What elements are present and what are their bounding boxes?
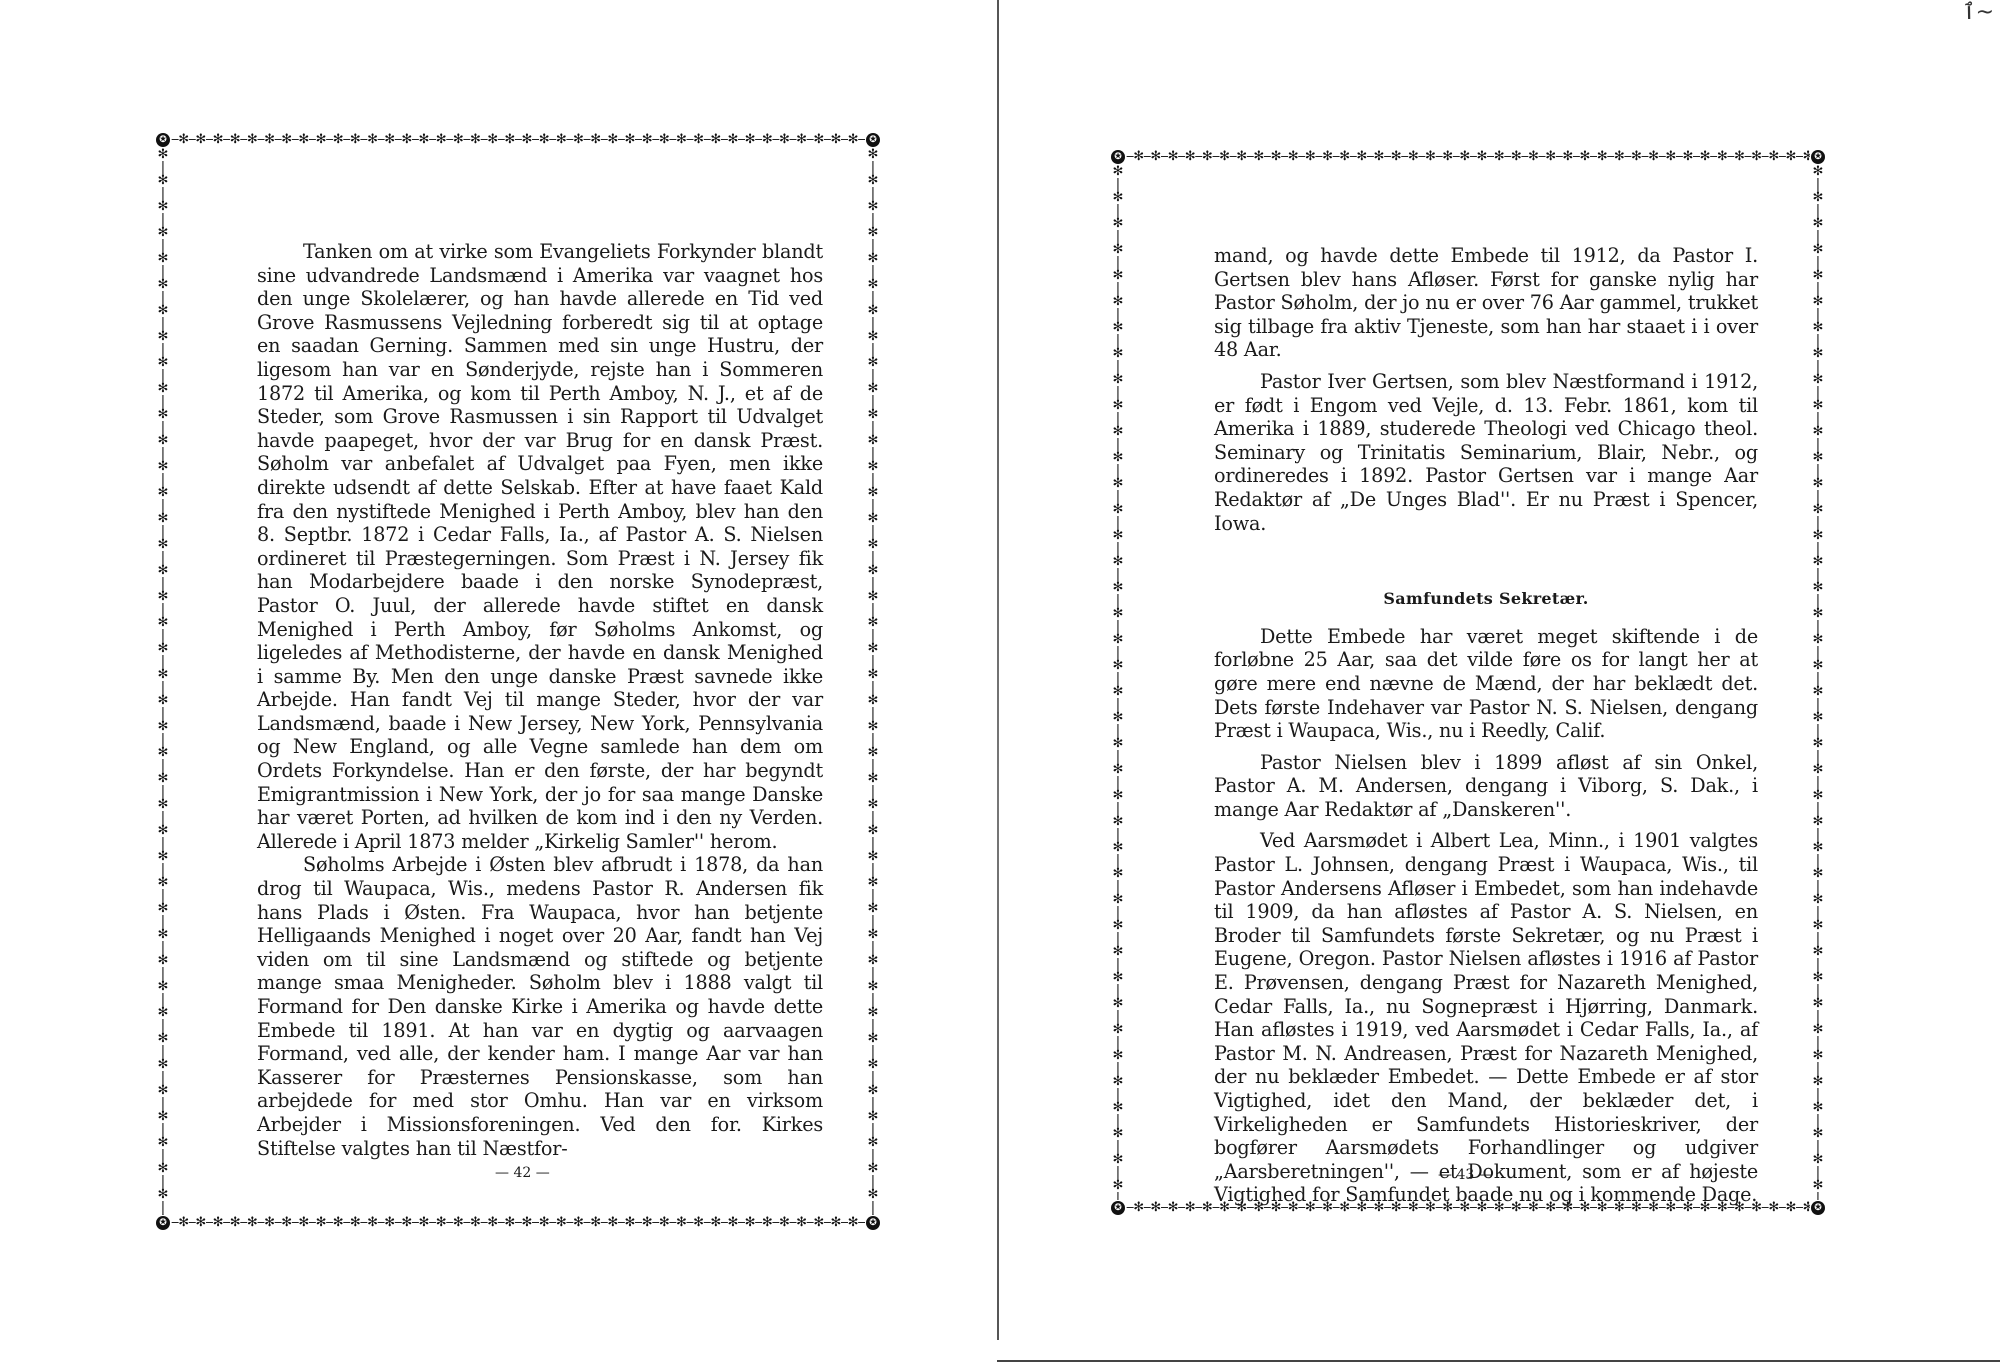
border-bottom-ornament: ‒✻‒✻‒✻‒✻‒✻‒✻‒✻‒✻‒✻‒✻‒✻‒✻‒✻‒✻‒✻‒✻‒✻‒✻‒✻‒✻… bbox=[171, 1216, 865, 1230]
paragraph: Søholms Arbejde i Østen blev afbrudt i 1… bbox=[257, 853, 823, 1160]
page-number: — 43 — bbox=[1438, 1167, 1493, 1183]
corner-rosette-icon: ✪ bbox=[866, 133, 880, 147]
paragraph: Pastor Iver Gertsen, som blev Næstforman… bbox=[1214, 370, 1758, 535]
paragraph: Dette Embede har været meget skiftende i… bbox=[1214, 625, 1758, 743]
corner-scan-mark: ٱ~ bbox=[1963, 0, 1994, 25]
paragraph: Pastor Nielsen blev i 1899 afløst af sin… bbox=[1214, 751, 1758, 822]
border-right-ornament: ✻|✻|✻|✻|✻|✻|✻|✻|✻|✻|✻|✻|✻|✻|✻|✻|✻|✻|✻|✻|… bbox=[1811, 165, 1825, 1200]
corner-rosette-icon: ✪ bbox=[1111, 1201, 1125, 1215]
border-left-ornament: ✻|✻|✻|✻|✻|✻|✻|✻|✻|✻|✻|✻|✻|✻|✻|✻|✻|✻|✻|✻|… bbox=[156, 148, 170, 1215]
section-heading: Samfundets Sekretær. bbox=[1214, 587, 1758, 611]
border-right-ornament: ✻|✻|✻|✻|✻|✻|✻|✻|✻|✻|✻|✻|✻|✻|✻|✻|✻|✻|✻|✻|… bbox=[866, 148, 880, 1215]
page-bottom-edge bbox=[997, 1360, 2000, 1362]
left-page-body: Tanken om at virke som Evangeliets Forky… bbox=[257, 240, 823, 1160]
corner-rosette-icon: ✪ bbox=[866, 1216, 880, 1230]
corner-rosette-icon: ✪ bbox=[156, 1216, 170, 1230]
corner-rosette-icon: ✪ bbox=[1811, 1201, 1825, 1215]
corner-rosette-icon: ✪ bbox=[156, 133, 170, 147]
paragraph: Ved Aarsmødet i Albert Lea, Minn., i 190… bbox=[1214, 829, 1758, 1207]
corner-rosette-icon: ✪ bbox=[1811, 150, 1825, 164]
paragraph: Tanken om at virke som Evangeliets Forky… bbox=[257, 240, 823, 853]
book-fold-line bbox=[997, 0, 999, 1340]
corner-rosette-icon: ✪ bbox=[1111, 150, 1125, 164]
border-left-ornament: ✻|✻|✻|✻|✻|✻|✻|✻|✻|✻|✻|✻|✻|✻|✻|✻|✻|✻|✻|✻|… bbox=[1111, 165, 1125, 1200]
border-top-ornament: ‒✻‒✻‒✻‒✻‒✻‒✻‒✻‒✻‒✻‒✻‒✻‒✻‒✻‒✻‒✻‒✻‒✻‒✻‒✻‒✻… bbox=[171, 133, 865, 147]
right-page-body: mand, og havde dette Embede til 1912, da… bbox=[1214, 244, 1758, 1207]
border-top-ornament: ‒✻‒✻‒✻‒✻‒✻‒✻‒✻‒✻‒✻‒✻‒✻‒✻‒✻‒✻‒✻‒✻‒✻‒✻‒✻‒✻… bbox=[1126, 150, 1810, 164]
paragraph: mand, og havde dette Embede til 1912, da… bbox=[1214, 244, 1758, 362]
page-number: — 42 — bbox=[495, 1165, 550, 1181]
